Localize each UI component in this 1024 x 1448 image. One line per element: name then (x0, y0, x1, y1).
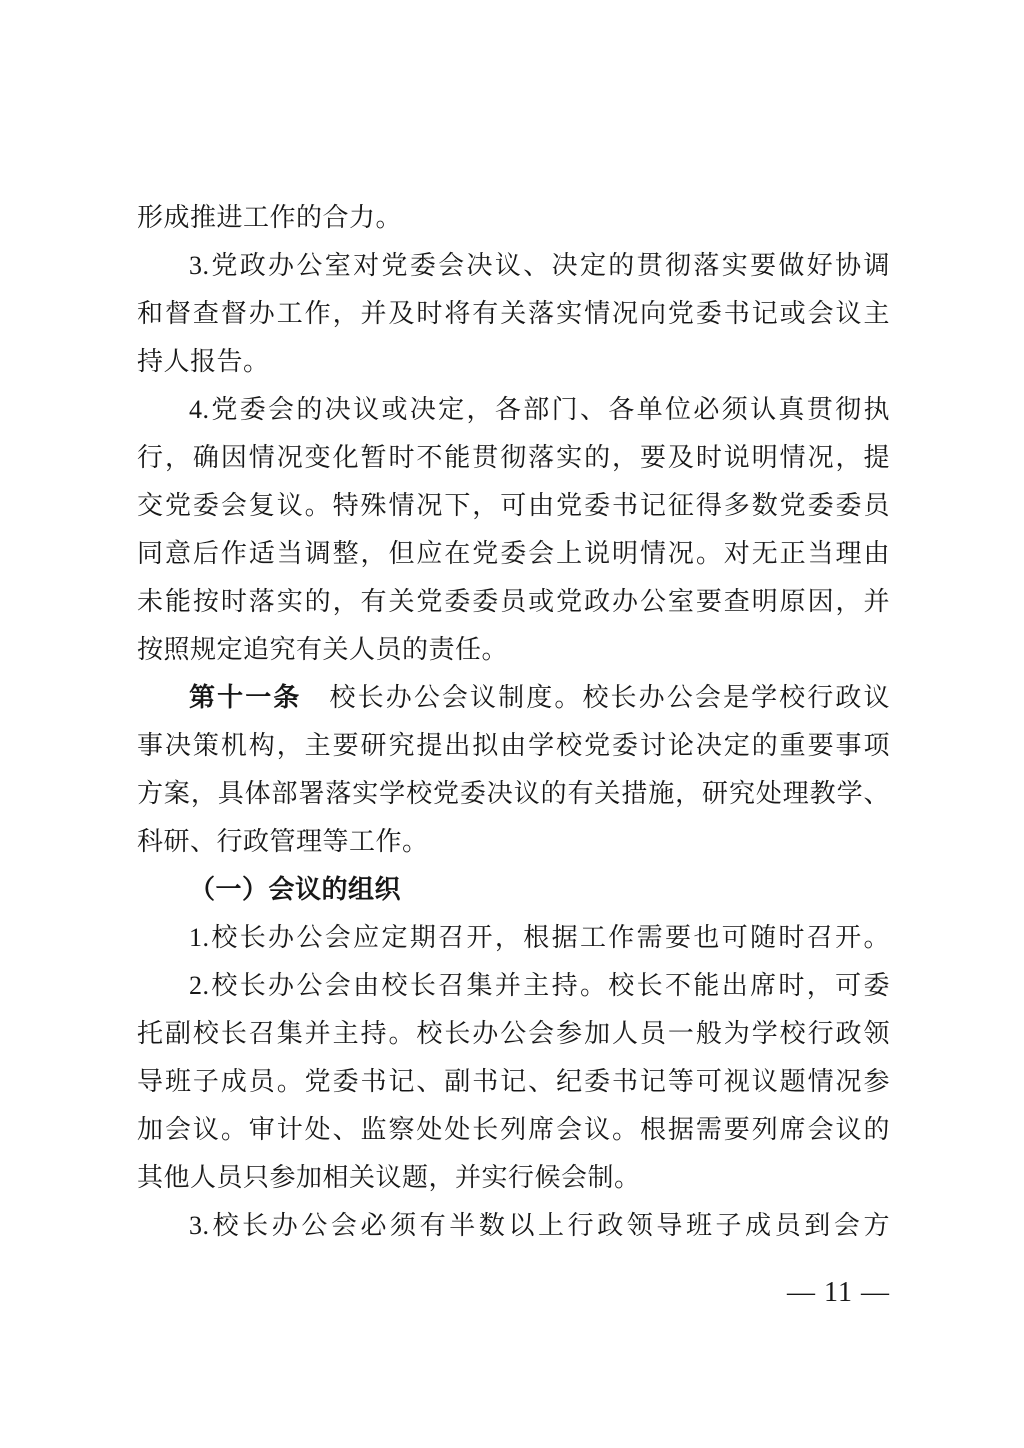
text-line: 方案，具体部署落实学校党委决议的有关措施，研究处理教学、 (137, 770, 890, 818)
page-number: — 11 — (137, 1276, 890, 1310)
text-line: 按照规定追究有关人员的责任。 (137, 626, 890, 674)
text-line: 持人报告。 (137, 338, 890, 386)
text-line: 交党委会复议。特殊情况下，可由党委书记征得多数党委委员 (137, 482, 890, 530)
text-line: 其他人员只参加相关议题，并实行候会制。 (137, 1154, 890, 1202)
text-line: 事决策机构，主要研究提出拟由学校党委讨论决定的重要事项 (137, 722, 890, 770)
text-line: 和督查督办工作，并及时将有关落实情况向党委书记或会议主 (137, 290, 890, 338)
text-line: 导班子成员。党委书记、副书记、纪委书记等可视议题情况参 (137, 1058, 890, 1106)
article-title-text: 校长办公会议制度。校长办公会是学校行政议 (301, 683, 890, 712)
text-line: 科研、行政管理等工作。 (137, 818, 890, 866)
text-line: 行，确因情况变化暂时不能贯彻落实的，要及时说明情况，提 (137, 434, 890, 482)
text-line: 加会议。审计处、监察处处长列席会议。根据需要列席会议的 (137, 1106, 890, 1154)
article-heading-line: 第十一条 校长办公会议制度。校长办公会是学校行政议 (137, 674, 890, 722)
text-line: 3.校长办公会必须有半数以上行政领导班子成员到会方 (137, 1202, 890, 1250)
text-line: 形成推进工作的合力。 (137, 194, 890, 242)
document-page: 形成推进工作的合力。 3.党政办公室对党委会决议、决定的贯彻落实要做好协调 和督… (0, 0, 1024, 1448)
section-heading: （一）会议的组织 (137, 866, 890, 914)
text-line: 2.校长办公会由校长召集并主持。校长不能出席时，可委 (137, 962, 890, 1010)
text-line: 4.党委会的决议或决定，各部门、各单位必须认真贯彻执 (137, 386, 890, 434)
text-line: 3.党政办公室对党委会决议、决定的贯彻落实要做好协调 (137, 242, 890, 290)
text-line: 1.校长办公会应定期召开，根据工作需要也可随时召开。 (137, 914, 890, 962)
text-line: 未能按时落实的，有关党委委员或党政办公室要查明原因，并 (137, 578, 890, 626)
document-body: 形成推进工作的合力。 3.党政办公室对党委会决议、决定的贯彻落实要做好协调 和督… (137, 194, 890, 1250)
text-line: 托副校长召集并主持。校长办公会参加人员一般为学校行政领 (137, 1010, 890, 1058)
article-number: 第十一条 (189, 683, 301, 712)
text-line: 同意后作适当调整，但应在党委会上说明情况。对无正当理由 (137, 530, 890, 578)
